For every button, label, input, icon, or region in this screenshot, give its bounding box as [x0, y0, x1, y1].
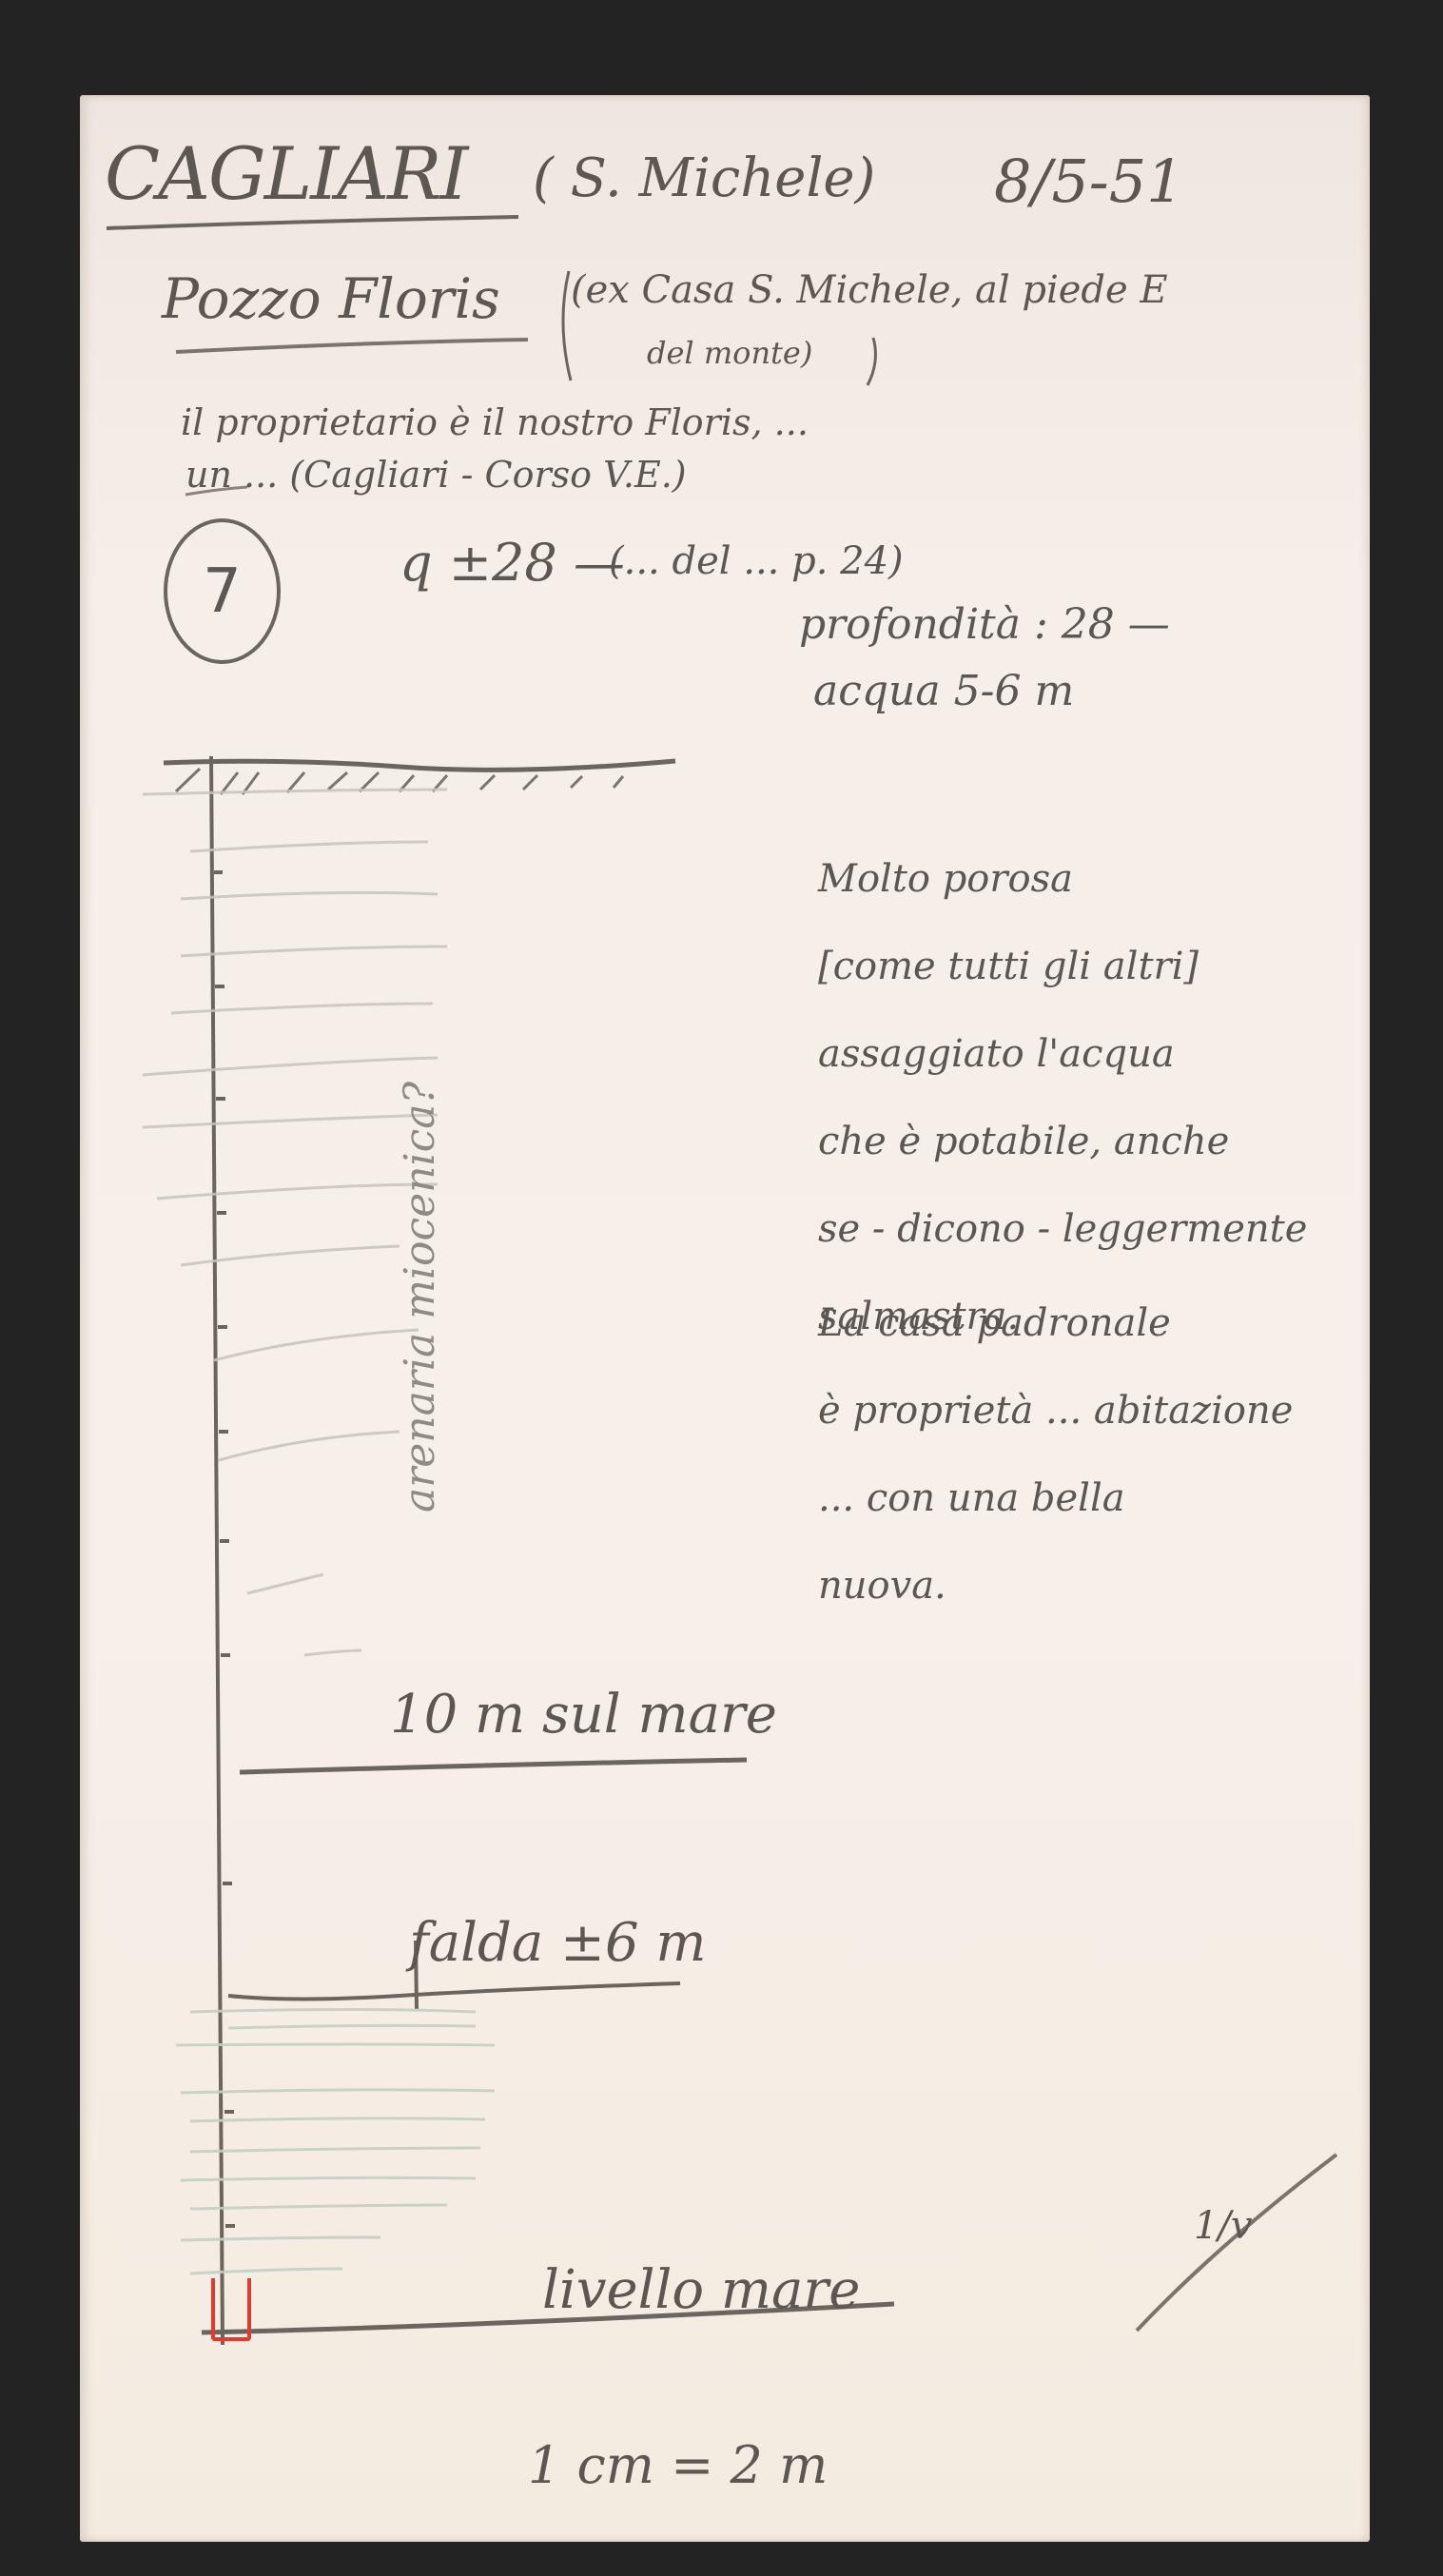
- note-line: che è potabile, anche: [818, 1098, 1307, 1185]
- notes-block-2: La casa padronale è proprietà ... abitaz…: [818, 1279, 1293, 1630]
- location-title: CAGLIARI: [105, 138, 466, 210]
- well-name: Pozzo Floris: [162, 271, 500, 326]
- water-table-label: falda ±6 m: [409, 1917, 707, 1970]
- owner-line-2: un ... (Cagliari - Corso V.E.): [185, 457, 687, 493]
- strata-label: arenaria miocenica?: [400, 1082, 441, 1512]
- note-line: La casa padronale: [818, 1279, 1293, 1367]
- note-line: [come tutti gli altri]: [818, 923, 1307, 1010]
- note-line: nuova.: [818, 1542, 1293, 1630]
- sublocation: ( S. Michele): [533, 152, 875, 205]
- well-location-note-2: del monte): [647, 338, 812, 368]
- depth-value: profondità : 28 —: [799, 604, 1170, 646]
- corner-mark: 1/v: [1194, 2207, 1253, 2245]
- well-number: 7: [203, 556, 242, 627]
- water-value: acqua 5-6 m: [813, 671, 1074, 712]
- well-number-circle: 7: [164, 518, 281, 664]
- scale-label: 1 cm = 2 m: [528, 2440, 828, 2491]
- red-well-marker: [211, 2278, 251, 2341]
- elevation-note: (... del ... p. 24): [609, 542, 904, 580]
- note-date: 8/5-51: [994, 152, 1184, 211]
- elevation: q ±28 —: [400, 537, 625, 589]
- note-line: assaggiato l'acqua: [818, 1010, 1307, 1098]
- level-10m-label: 10 m sul mare: [390, 1688, 777, 1742]
- note-line: Molto porosa: [818, 835, 1307, 923]
- well-location-note: (ex Casa S. Michele, al piede E: [571, 271, 1168, 309]
- note-line: se - dicono - leggermente: [818, 1185, 1307, 1273]
- sea-level-label: livello mare: [542, 2264, 860, 2317]
- owner-line-1: il proprietario è il nostro Floris, ...: [181, 404, 809, 440]
- note-line: ... con una bella: [818, 1454, 1293, 1542]
- note-line: è proprietà ... abitazione: [818, 1367, 1293, 1454]
